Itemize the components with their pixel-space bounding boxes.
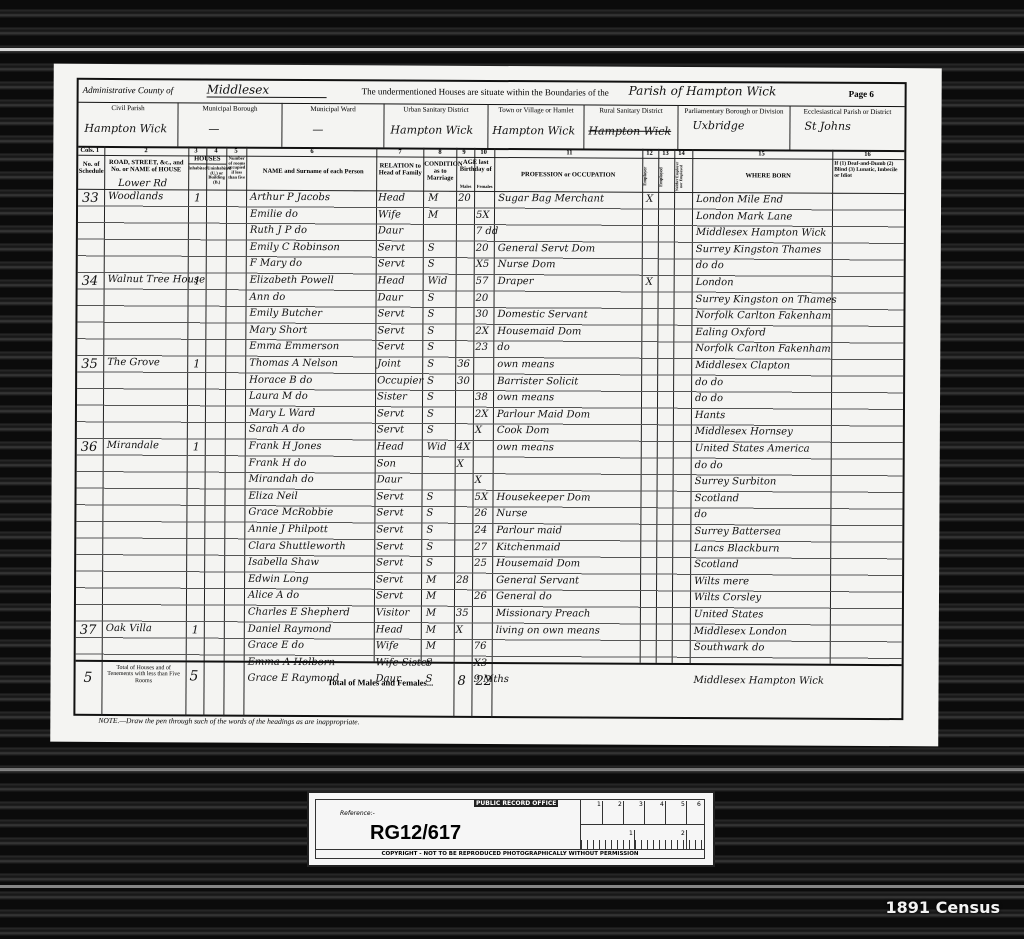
cell-name: Laura M do — [249, 391, 308, 402]
cell-born: United States America — [695, 443, 810, 455]
cell-emp: X — [646, 194, 653, 205]
cell-rel: Wife — [378, 209, 401, 220]
col-num: 9 — [462, 149, 465, 156]
houses-total: 5 — [190, 668, 199, 684]
cell-female: X5 — [476, 259, 490, 270]
admin-county-label: Administrative County of — [83, 85, 174, 95]
header-road: ROAD, STREET, &c., and No. or NAME of HO… — [106, 160, 186, 174]
cell-name: Mary L Ward — [249, 408, 315, 419]
cell-name: Mary Short — [249, 325, 307, 336]
cell-male: 28 — [456, 575, 469, 586]
ruler-inch-mark: 1 — [597, 801, 603, 824]
cell-born: do do — [695, 393, 723, 404]
cell-born: do do — [695, 460, 723, 471]
column-headers: No. of Schedule ROAD, STREET, &c., and N… — [78, 156, 904, 194]
cell-rel: Head — [377, 441, 404, 452]
col-num: 6 — [310, 148, 313, 155]
cell-sched: 37 — [80, 622, 97, 637]
census-page: Administrative County of Middlesex The u… — [50, 64, 942, 747]
cell-cond: M — [426, 641, 436, 652]
cell-occ: Parlour Maid Dom — [497, 409, 590, 420]
form-note: NOTE.—Draw the pen through such of the w… — [98, 716, 359, 726]
cell-male: X — [456, 624, 463, 635]
cell-cond: S — [427, 359, 434, 370]
cell-name: Horace B do — [249, 374, 312, 385]
header-relation: RELATION to Head of Family — [377, 163, 423, 177]
cell-cond: M — [426, 574, 436, 585]
cell-rel: Daur — [377, 475, 402, 486]
cell-inh: 1 — [193, 357, 200, 370]
ruler-inch-mark: 6 — [697, 801, 701, 808]
cell-born: Lancs Blackburn — [694, 543, 779, 554]
cell-name: Grace E do — [248, 640, 304, 651]
district-label: Rural Sanitary District — [585, 104, 678, 114]
cell-born: Middlesex Hampton Wick — [696, 227, 826, 239]
district-label: Town or Village or Hamlet — [489, 104, 584, 114]
cell-rel: Head — [378, 192, 405, 203]
cell-cond: S — [426, 491, 433, 502]
cell-male: 35 — [456, 608, 469, 619]
cell-inh: 1 — [194, 274, 201, 287]
district-civil-parish: Civil Parish Hampton Wick — [78, 102, 178, 147]
district-row: Civil Parish Hampton Wick Municipal Boro… — [78, 102, 904, 152]
cell-female: 2X — [475, 409, 489, 420]
cell-cond: S — [427, 392, 434, 403]
col-num: 7 — [398, 148, 401, 155]
header-rooms: Number of rooms occupied if less than fi… — [227, 157, 246, 181]
cell-occ: Barrister Solicit — [497, 376, 578, 387]
cell-born: Middlesex Hornsey — [695, 426, 793, 438]
cell-rel: Servt — [377, 408, 404, 419]
cell-female: 57 — [476, 276, 489, 287]
cell-born: Middlesex London — [694, 626, 787, 637]
cell-name: Emma Emmerson — [249, 341, 339, 352]
cell-house: Oak Villa — [106, 623, 152, 634]
cell-house: The Grove — [107, 357, 160, 368]
cell-occ: Cook Dom — [497, 425, 550, 436]
cell-name: Thomas A Nelson — [249, 358, 338, 369]
header-uninhabited: Uninhabited (U.) or Building (B.) — [207, 166, 226, 185]
cell-male: 20 — [458, 193, 471, 204]
cell-occ: General Servant — [496, 575, 579, 586]
cell-occ: General do — [496, 591, 552, 602]
cell-name: Frank H Jones — [249, 441, 322, 452]
header-employed: Employed — [659, 163, 674, 191]
district-value: Hampton Wick — [584, 114, 677, 137]
header-houses: HOUSES — [188, 156, 226, 164]
header-neither: Neither Employer nor Employed — [675, 159, 692, 193]
census-form: Administrative County of Middlesex The u… — [73, 78, 906, 720]
cell-cond: S — [427, 375, 434, 386]
cell-name: Ann do — [250, 291, 286, 302]
col-num: 15 — [758, 150, 765, 157]
cell-name: Frank H do — [249, 457, 307, 468]
cell-male: X — [457, 458, 464, 469]
cell-house: Woodlands — [108, 191, 163, 202]
cell-born: United States — [694, 609, 764, 620]
cell-name: Emily Butcher — [249, 308, 322, 319]
col-num: 10 — [480, 149, 487, 156]
cell-cond: M — [426, 608, 436, 619]
public-record-office-label: PUBLIC RECORD OFFICE — [474, 800, 558, 807]
col-num: 5 — [234, 148, 237, 155]
cell-occ: Sugar Bag Merchant — [498, 193, 604, 205]
cell-male: 36 — [457, 359, 470, 370]
cell-name: Arthur P Jacobs — [250, 192, 330, 203]
cell-occ: Draper — [498, 276, 534, 287]
district-value: Hampton Wick — [384, 113, 487, 137]
scan-line — [0, 48, 1024, 51]
header-schedule: No. of Schedule — [78, 162, 104, 176]
ruler-inch-mark: 3 — [639, 801, 645, 824]
col-num: 3 — [194, 147, 197, 154]
cell-rel: Head — [378, 275, 405, 286]
cell-emp: X — [646, 277, 653, 288]
cell-sched: 33 — [82, 191, 99, 206]
cell-female: 26 — [474, 508, 487, 519]
cell-born: Middlesex Clapton — [695, 360, 790, 371]
header-age: AGE last Birthday of — [457, 160, 494, 174]
cell-female: 7 dd — [476, 226, 498, 237]
reference-number: RG12/617 — [370, 822, 461, 845]
reference-label: Reference:- — [340, 810, 375, 817]
cell-born: do — [694, 509, 706, 520]
males-total: 8 — [458, 674, 466, 689]
cell-name: Elizabeth Powell — [250, 275, 334, 286]
cell-name: Grace McRobbie — [248, 507, 333, 518]
district-rural-sanitary: Rural Sanitary District Hampton Wick — [584, 104, 678, 148]
district-value: — — [282, 113, 383, 137]
ruler-ticks — [581, 840, 705, 849]
cell-female: 5X — [474, 492, 488, 503]
ruler-divider — [581, 824, 705, 825]
cell-female: 5X — [476, 209, 490, 220]
cell-occ: Kitchenmaid — [496, 542, 560, 553]
cell-born: do do — [696, 260, 724, 271]
cell-name: Clara Shuttleworth — [248, 540, 345, 552]
cell-born: Ealing Oxford — [695, 327, 765, 338]
cell-occ: Housemaid Dom — [496, 558, 580, 569]
header-name: NAME and Surname of each Person — [258, 169, 368, 176]
cell-born: London Mark Lane — [696, 211, 792, 223]
cell-born: do do — [695, 377, 723, 388]
cell-born: Wilts mere — [694, 576, 749, 587]
cell-occ: Housekeeper Dom — [496, 492, 590, 503]
cell-cond: M — [426, 624, 436, 635]
district-value: Hampton Wick — [78, 112, 177, 136]
col-num: 2 — [144, 147, 147, 154]
cell-name: Ruth J P do — [250, 225, 307, 236]
boundary-value: Parish of Hampton Wick — [629, 84, 777, 99]
cell-cond: S — [427, 342, 434, 353]
reference-card-inner: PUBLIC RECORD OFFICE Reference:- RG12/61… — [315, 799, 705, 859]
district-municipal-ward: Municipal Ward — — [282, 103, 384, 148]
col-num: 8 — [438, 149, 441, 156]
cell-cond: S — [427, 408, 434, 419]
district-parliamentary: Parliamentary Borough or Division Uxbrid… — [678, 105, 790, 150]
district-ecclesiastical: Ecclesiastical Parish or District St Joh… — [790, 106, 904, 151]
cell-cond: S — [427, 425, 434, 436]
cell-name: Eliza Neil — [248, 491, 297, 502]
col-num: 16 — [864, 151, 871, 158]
cell-occ: own means — [497, 392, 554, 403]
cell-female: 23 — [475, 342, 488, 353]
cell-rel: Son — [377, 458, 396, 469]
cell-rel: Head — [376, 624, 403, 635]
cell-born: London — [696, 277, 734, 288]
females-total: 22 — [476, 674, 493, 689]
cell-female: 2X — [475, 326, 489, 337]
cell-rel: Servt — [376, 508, 403, 519]
census-year-watermark: 1891 Census — [885, 898, 1000, 917]
cell-cond: S — [426, 541, 433, 552]
cell-rel: Servt — [376, 541, 403, 552]
cell-cond: M — [428, 209, 438, 220]
page-number: Page 6 — [849, 89, 874, 99]
cell-born: London Mile End — [696, 194, 783, 205]
scan-line — [0, 885, 1024, 888]
cell-rel: Servt — [377, 309, 404, 320]
header-males: Males — [457, 185, 474, 190]
scale-ruler: 1 2 3 4 5 6 1 2 — [580, 800, 704, 849]
cell-name: Mirandah do — [249, 474, 314, 485]
district-label: Municipal Ward — [283, 103, 384, 114]
persons-total-label: Total of Males and Females... — [328, 677, 434, 688]
col-num: Cols. 1 — [80, 147, 99, 154]
cell-rel: Servt — [376, 591, 403, 602]
cell-born: Scotland — [694, 559, 739, 570]
cell-house: Walnut Tree House — [108, 274, 205, 286]
district-label: Ecclesiastical Parish or District — [791, 106, 905, 117]
cell-sched: 35 — [81, 357, 98, 372]
cell-rel: Servt — [378, 259, 405, 270]
cell-female: 26 — [474, 591, 487, 602]
cell-rel: Servt — [378, 242, 405, 253]
cell-rel: Servt — [377, 425, 404, 436]
cell-cond: S — [426, 558, 433, 569]
cell-name: Alice A do — [248, 590, 299, 601]
cell-house: Mirandale — [107, 440, 159, 451]
cell-female: 76 — [474, 641, 487, 652]
cell-rel: Daur — [378, 292, 403, 303]
cell-occ: do — [497, 342, 509, 353]
cell-name: Edwin Long — [248, 574, 309, 585]
cell-cond: S — [427, 325, 434, 336]
cell-cond: S — [428, 259, 435, 270]
district-urban-sanitary: Urban Sanitary District Hampton Wick — [384, 103, 488, 148]
cell-cond: Wid — [427, 442, 447, 453]
cell-occ: Missionary Preach — [496, 608, 590, 619]
cell-rel: Servt — [376, 524, 403, 535]
cell-born: Surrey Battersea — [694, 526, 781, 537]
cell-female: 27 — [474, 541, 487, 552]
cell-cond: S — [426, 508, 433, 519]
cell-sched: 34 — [82, 274, 99, 289]
header-infirmity: If (1) Deaf-and-Dumb (2) Blind (3) Lunat… — [834, 162, 902, 180]
cell-rel: Servt — [376, 558, 403, 569]
cell-cond: S — [426, 525, 433, 536]
header-where-born: WHERE BORN — [718, 173, 818, 180]
col-num: 11 — [566, 149, 572, 156]
header-employer: Employer — [643, 163, 658, 191]
cell-name: Charles E Shepherd — [248, 607, 350, 619]
district-value: — — [178, 112, 281, 136]
cell-female: 20 — [476, 243, 489, 254]
cell-name: Sarah A do — [249, 424, 305, 435]
totals-row: 5 Total of Houses and of Tenements with … — [75, 660, 901, 720]
cell-born: Scotland — [694, 493, 739, 504]
reference-card: PUBLIC RECORD OFFICE Reference:- RG12/61… — [307, 791, 715, 867]
scan-line — [0, 768, 1024, 771]
cell-rel: Joint — [377, 358, 401, 369]
cell-rel: Servt — [376, 491, 403, 502]
cell-born: Hants — [695, 410, 725, 421]
houses-within-label: The undermentioned Houses are situate wi… — [362, 86, 609, 97]
header-condition: CONDITION as to Marriage — [424, 162, 456, 183]
cell-rel: Wife — [376, 641, 399, 652]
cell-born: Norfolk Carlton Fakenham — [695, 310, 831, 322]
cell-inh: 1 — [192, 623, 199, 636]
district-town-village: Town or Village or Hamlet Hampton Wick — [488, 104, 584, 149]
cell-cond: M — [428, 193, 438, 204]
cell-born: Surrey Surbiton — [695, 476, 777, 487]
cell-cond: Wid — [428, 276, 448, 287]
ruler-inch-mark: 2 — [618, 801, 624, 824]
schedules-total: 5 — [84, 670, 93, 686]
cell-female: X — [475, 475, 482, 486]
cell-cond: S — [428, 292, 435, 303]
ruler-inch-mark: 5 — [681, 801, 687, 824]
district-value: Uxbridge — [678, 115, 789, 133]
cell-male: 4X — [457, 442, 471, 453]
cell-name: Emilie do — [250, 208, 298, 219]
cell-occ: Housemaid Dom — [497, 326, 581, 337]
cell-born: Southwark do — [694, 642, 765, 653]
cell-female: 20 — [476, 292, 489, 303]
cell-sched: 36 — [81, 440, 98, 455]
copyright-notice: COPYRIGHT - NOT TO BE REPRODUCED PHOTOGR… — [316, 849, 704, 857]
cell-rel: Servt — [376, 574, 403, 585]
cell-cond: S — [427, 309, 434, 320]
cell-born: Surrey Kingston on Thames — [696, 294, 837, 306]
cell-occ: Nurse — [496, 508, 527, 519]
cell-occ: Parlour maid — [496, 525, 562, 536]
cell-rel: Sister — [377, 392, 407, 403]
col-num: 13 — [662, 150, 669, 157]
district-value: St Johns — [790, 116, 904, 134]
district-value: Hampton Wick — [488, 114, 583, 137]
cell-female: X — [475, 425, 482, 436]
cell-born: Wilts Corsley — [694, 592, 761, 603]
cell-rel: Servt — [377, 342, 404, 353]
cell-rel: Daur — [378, 226, 403, 237]
cell-name: F Mary do — [250, 258, 302, 269]
cell-name: Daniel Raymond — [248, 623, 332, 634]
cell-born: Norfolk Carlton Fakenham — [695, 343, 831, 355]
cell-rel: Occupier — [377, 375, 423, 386]
district-label: Urban Sanitary District — [385, 103, 488, 114]
cell-female: 38 — [475, 392, 488, 403]
cell-rel: Servt — [377, 325, 404, 336]
cell-female: 25 — [474, 558, 487, 569]
cell-occ: living on own means — [496, 625, 600, 637]
cell-cond: M — [426, 591, 436, 602]
header-road-written: Lower Rd — [118, 178, 167, 189]
cell-occ: Domestic Servant — [497, 309, 587, 320]
cell-born: Surrey Kingston Thames — [696, 244, 822, 256]
cell-name: Annie J Philpott — [248, 524, 328, 535]
col-num: 4 — [214, 148, 217, 155]
cell-occ: own means — [497, 442, 554, 453]
cell-female: 30 — [475, 309, 488, 320]
cell-name: Isabella Shaw — [248, 557, 319, 568]
cell-inh: 1 — [193, 440, 200, 453]
cell-occ: Nurse Dom — [498, 259, 556, 270]
district-municipal-borough: Municipal Borough — — [178, 102, 282, 147]
district-label: Civil Parish — [79, 102, 178, 113]
cell-male: 30 — [457, 375, 470, 386]
cell-female: 24 — [474, 525, 487, 536]
cell-name: Emily C Robinson — [250, 242, 340, 253]
cell-occ: General Servt Dom — [498, 243, 595, 255]
admin-county-value: Middlesex — [207, 82, 327, 98]
header-females: Females — [475, 185, 494, 190]
col-num: 14 — [678, 150, 685, 157]
cell-rel: Visitor — [376, 607, 409, 618]
ruler-inch-mark: 4 — [660, 801, 666, 824]
header-inhabited: Inhabited — [188, 166, 206, 171]
houses-total-label: Total of Houses and of Tenements with le… — [106, 665, 182, 684]
header-occupation: PROFESSION or OCCUPATION — [498, 172, 638, 180]
cell-cond: S — [428, 242, 435, 253]
cell-inh: 1 — [194, 191, 201, 204]
district-label: Municipal Borough — [179, 102, 282, 113]
col-num: 12 — [646, 150, 653, 157]
district-label: Parliamentary Borough or Division — [679, 105, 790, 116]
cell-occ: own means — [497, 359, 554, 370]
